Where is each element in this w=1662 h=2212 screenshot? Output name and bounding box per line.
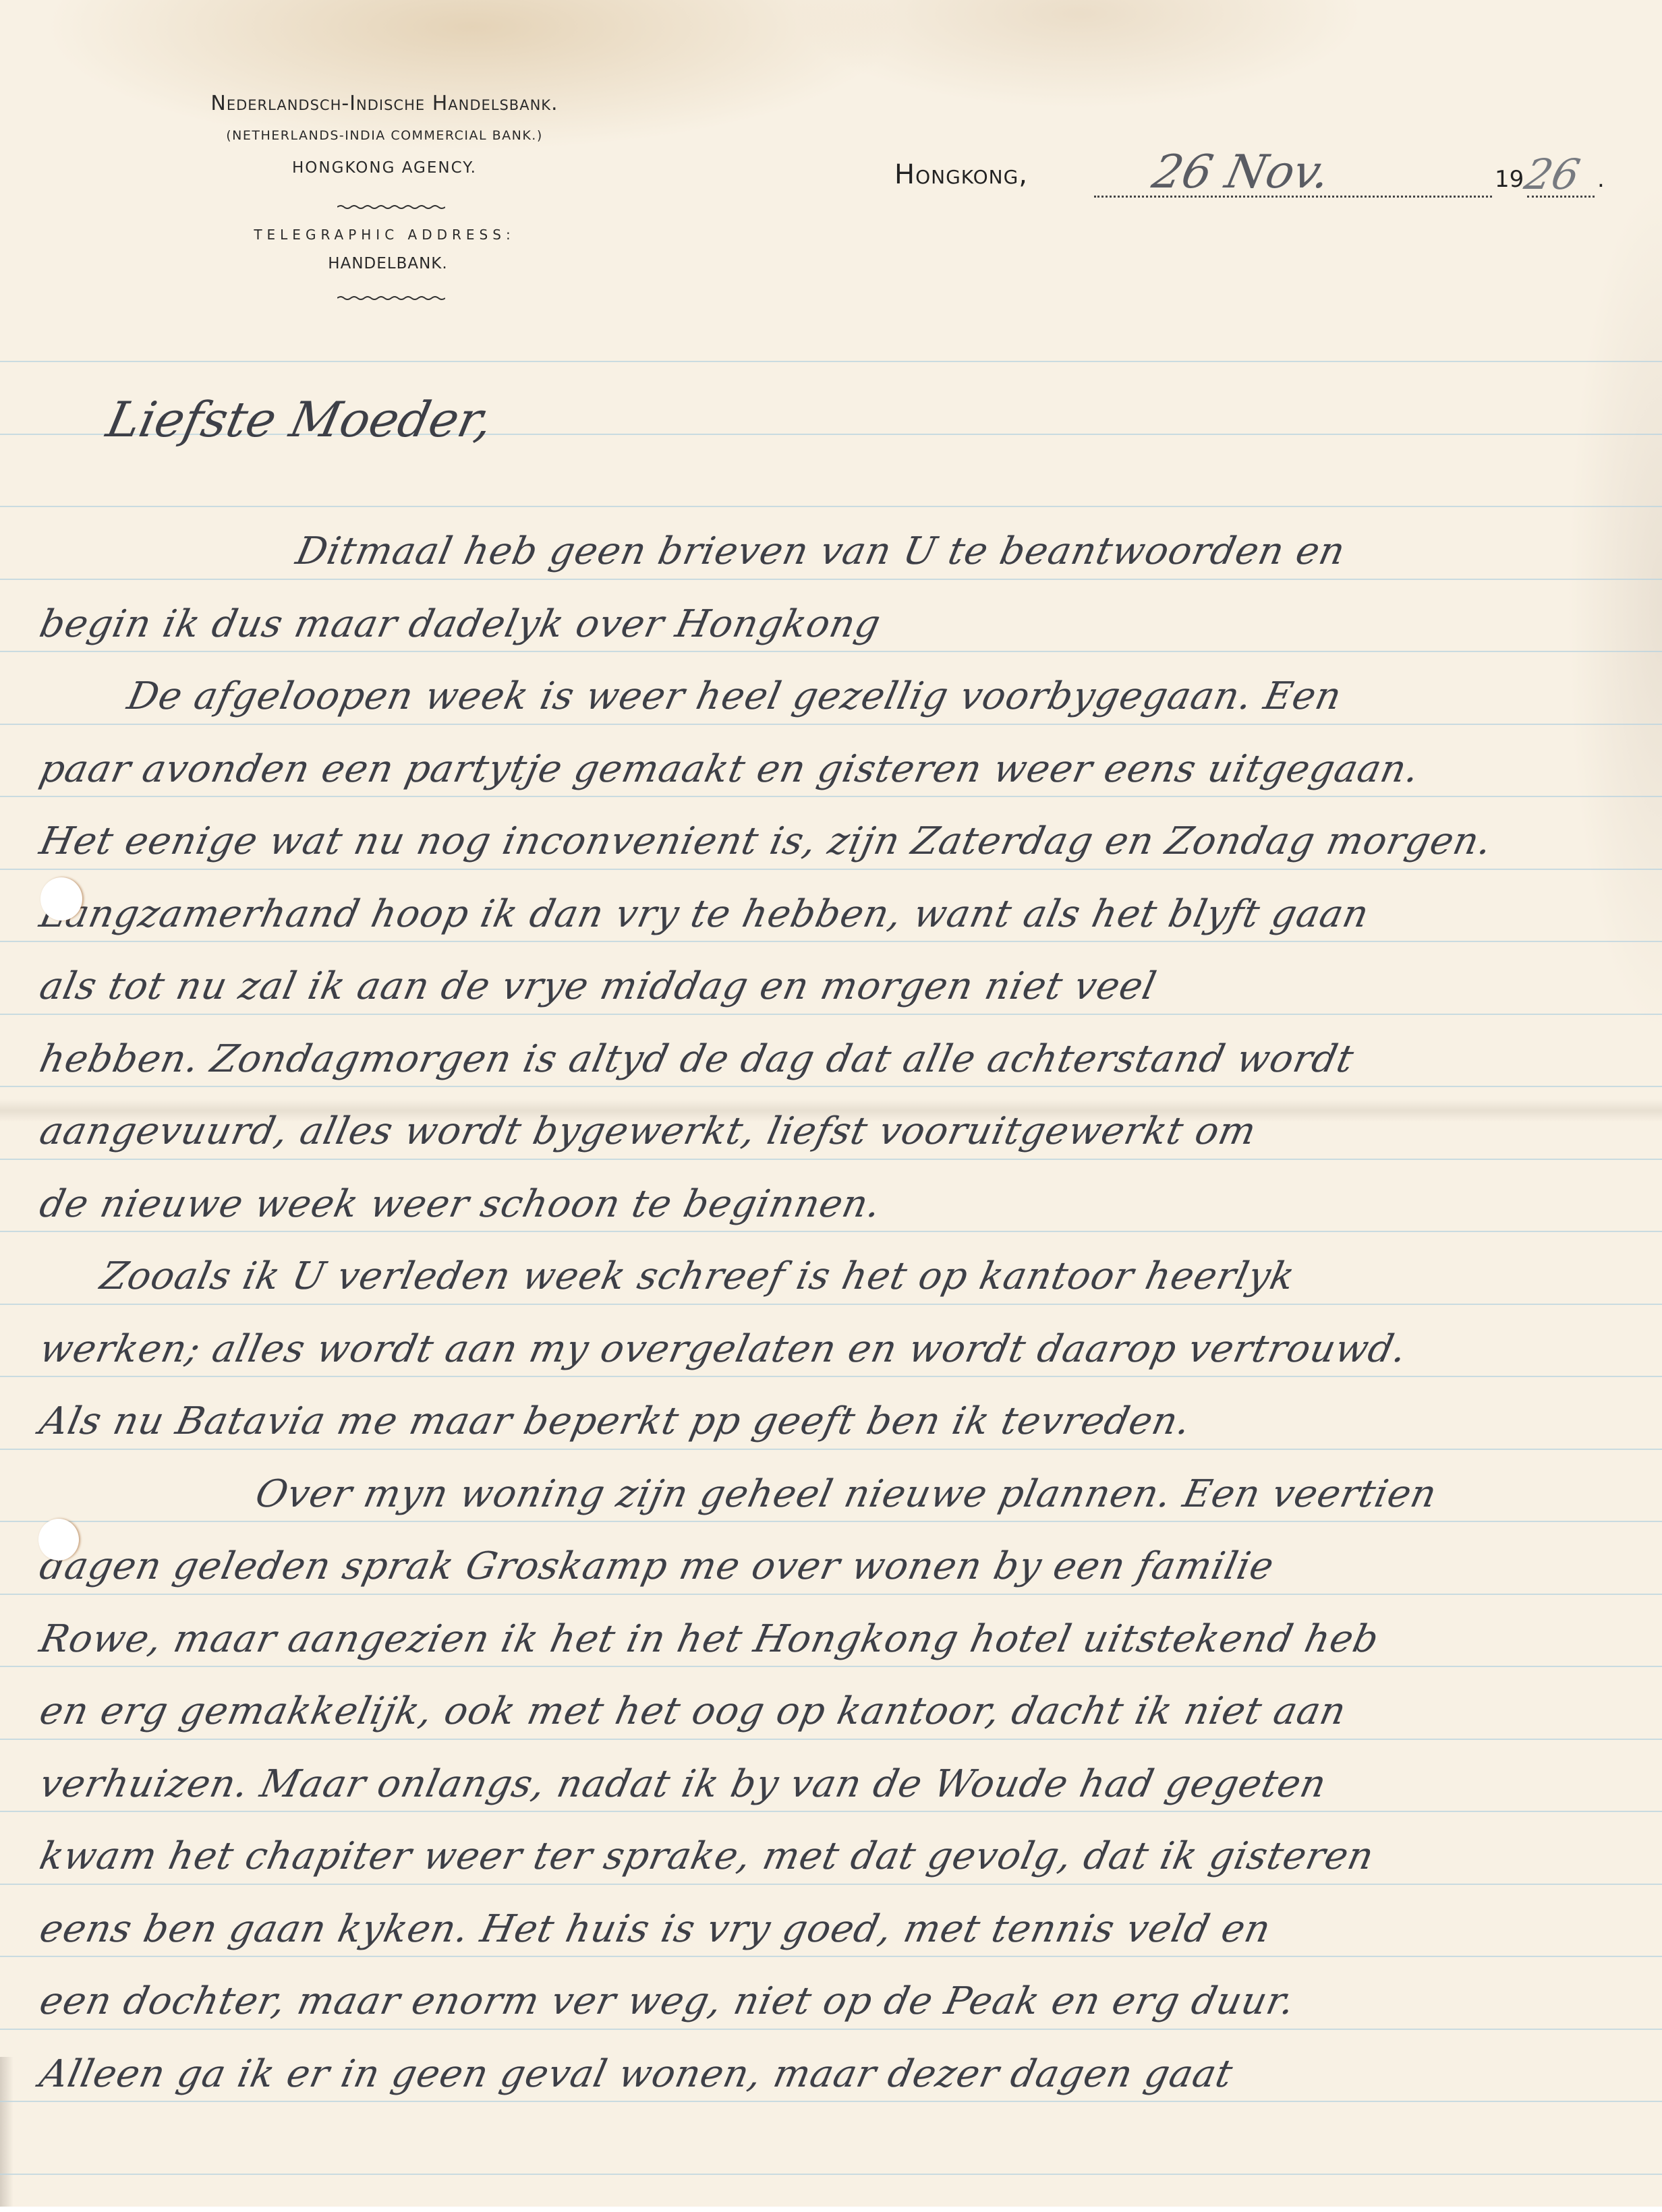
letter-line: paar avonden een partytje gemaakt en gis… [36,747,1423,791]
wavy-divider-icon [337,295,445,301]
ruled-line [0,1086,1662,1087]
letter-line: Zooals ik U verleden week schreef is het… [96,1254,1299,1298]
ruled-line [0,1159,1662,1160]
letter-line: en erg gemakkelijk, ook met het oog op k… [36,1689,1350,1733]
letter-line: De afgeloopen week is weer heel gezellig… [123,674,1346,718]
letter-line: Langzamerhand hoop ik dan vry te hebben,… [36,892,1373,936]
ruled-line [0,1014,1662,1015]
ruled-line [0,651,1662,652]
letter-line: een dochter, maar enorm ver weg, niet op… [36,1979,1299,2023]
scan-edge-shadow [0,2057,13,2207]
ruled-line [0,2174,1662,2175]
ruled-line [0,941,1662,942]
ruled-line [0,1884,1662,1885]
letter-line: aangevuurd, alles wordt bygewerkt, liefs… [36,1109,1260,1153]
ruled-line [0,2101,1662,2102]
letter-line: de nieuwe week weer schoon te beginnen. [36,1182,885,1226]
ruled-line [0,506,1662,507]
ruled-line [0,1594,1662,1595]
ruled-line [0,1521,1662,1522]
ruled-line [0,796,1662,797]
ruled-line [0,1666,1662,1667]
ruled-line [0,1231,1662,1232]
ruled-line [0,1956,1662,1957]
letter-line: Het eenige wat nu nog inconvenient is, z… [36,819,1496,863]
ruled-line [0,724,1662,725]
punch-hole [40,877,82,921]
letter-line: dagen geleden sprak Groskamp me over won… [36,1544,1278,1588]
salutation: Liefste Moeder, [102,391,498,448]
ruled-line [0,869,1662,870]
letter-line: verhuizen. Maar onlangs, nadat ik by van… [36,1762,1330,1806]
letter-line: werken; alles wordt aan my overgelaten e… [36,1327,1411,1371]
letter-line: Als nu Batavia me maar beperkt pp geeft … [36,1399,1195,1443]
letter-line: Over myn woning zijn geheel nieuwe plann… [252,1472,1441,1516]
ruled-line [0,1449,1662,1450]
dateline-year-prefix: 19 [1495,166,1524,193]
letterhead-bank-name: Nederlandsch-Indische Handelsbank. [81,92,688,115]
letter-line: eens ben gaan kyken. Het huis is vry goe… [36,1907,1275,1951]
dateline-place: Hongkong, [894,159,1028,190]
wavy-divider-icon [337,204,445,210]
letterhead-telegraphic-address: HANDELBANK. [297,255,479,272]
ruled-line [0,1304,1662,1305]
letter-line: Alleen ga ik er in geen geval wonen, maa… [36,2052,1237,2096]
ruled-line [0,1811,1662,1812]
ruled-line [0,1739,1662,1740]
ruled-line [0,2029,1662,2030]
letter-line: Rowe, maar aangezien ik het in het Hongk… [36,1617,1383,1661]
dateline-end-dot: . [1597,166,1605,193]
letter-line: hebben. Zondagmorgen is altyd de dag dat… [36,1037,1358,1081]
handwritten-date: 26 Nov. [1148,146,1335,199]
letter-line: als tot nu zal ik aan de vrye middag en … [36,964,1160,1008]
letterhead-bank-name-english: (NETHERLANDS-INDIA COMMERCIAL BANK.) [162,128,607,143]
ruled-line [0,361,1662,362]
letterhead-agency: HONGKONG AGENCY. [250,159,519,177]
letter-line: Ditmaal heb geen brieven van U te beantw… [292,529,1349,573]
punch-hole [38,1519,79,1561]
letter-line: kwam het chapiter weer ter sprake, met d… [36,1834,1378,1878]
ruled-line [0,579,1662,580]
letterhead-telegraphic-label: TELEGRAPHIC ADDRESS: [216,227,553,243]
letter-line: begin ik dus maar dadelyk over Hongkong [36,602,885,646]
ruled-line [0,1376,1662,1377]
handwritten-year: 26 [1520,150,1584,199]
